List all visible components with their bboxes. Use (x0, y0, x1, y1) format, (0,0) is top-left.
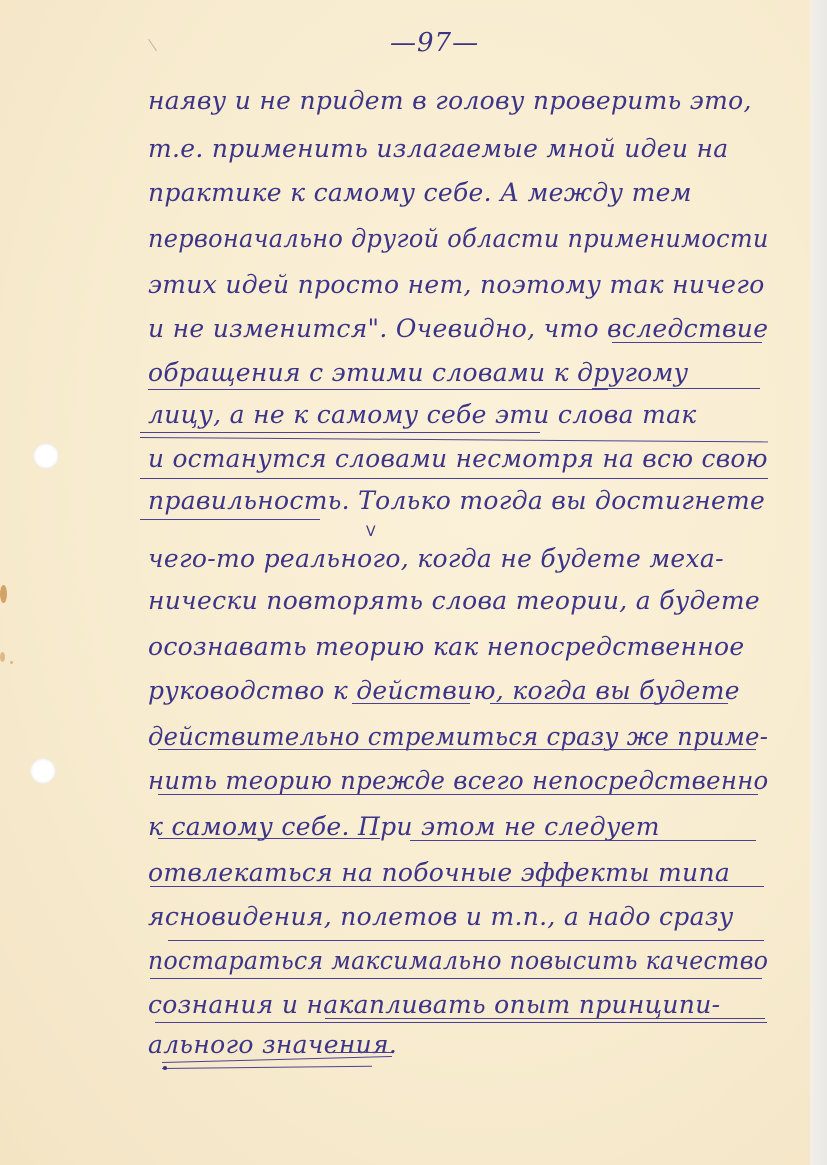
underline (158, 838, 380, 839)
paper-stain (0, 652, 5, 662)
underline (325, 1018, 765, 1019)
underline (155, 1022, 767, 1023)
paper-stain (0, 585, 7, 603)
text-line-12: нически повторять слова теории, а будете (148, 586, 760, 615)
stray-pencil-mark (148, 39, 157, 51)
underline (158, 749, 756, 750)
text-line-8: лицу, а не к самому себе эти слова так (148, 400, 697, 429)
text-line-22: ального значения. (148, 1030, 397, 1059)
text-line-19: ясновидения, полетов и т.п., а надо сраз… (148, 902, 734, 931)
underline (140, 519, 320, 520)
text-line-14: руководство к действию, когда вы будете (148, 676, 740, 705)
manuscript-page: —97— наяву и не придет в голову проверит… (0, 0, 810, 1165)
insertion-caret-mark: V (366, 524, 376, 540)
underline (140, 478, 768, 479)
paper-stain (10, 661, 13, 664)
text-line-5: этих идей просто нет, поэтому так ничего (148, 270, 765, 299)
scanner-background-edge (810, 0, 827, 1165)
underline (148, 389, 608, 390)
underline (140, 432, 540, 433)
text-line-2: т.е. применить излагаемые мной идеи на (148, 134, 728, 163)
text-line-3: практике к самому себе. А между тем (148, 178, 692, 207)
underline (168, 940, 764, 941)
underline (490, 703, 728, 704)
underline-start-dot (163, 1066, 167, 1070)
underline (150, 978, 762, 979)
text-line-6: и не изменится". Очевидно, что вследстви… (148, 314, 768, 343)
text-line-13: осознавать теорию как непосредственное (148, 632, 744, 661)
underline (162, 1066, 372, 1069)
underline (330, 1052, 392, 1053)
underline (150, 886, 764, 887)
text-line-15: действительно стремиться сразу же приме- (148, 722, 768, 751)
text-line-4: первоначально другой области применимост… (148, 224, 769, 253)
text-line-16: нить теорию прежде всего непосредственно (148, 766, 769, 795)
underline (158, 794, 758, 795)
text-line-20: постараться максимально повысить качеств… (148, 946, 768, 975)
underline (140, 437, 768, 442)
text-line-18: отвлекаться на побочные эффекты типа (148, 858, 730, 887)
underline (592, 388, 760, 389)
punch-hole-bottom (30, 758, 56, 784)
text-line-7: обращения с этими словами к другому (148, 358, 688, 387)
text-line-11: чего-то реального, когда не будете меха- (148, 544, 724, 573)
underline (352, 703, 470, 704)
page-number: —97— (390, 28, 479, 58)
text-line-10: правильность. Только тогда вы достигнете (148, 486, 765, 515)
text-line-1: наяву и не придет в голову проверить это… (148, 86, 752, 115)
punch-hole-top (33, 443, 59, 469)
text-line-21: сознания и накапливать опыт принципи- (148, 990, 720, 1019)
underline (612, 342, 762, 343)
text-line-17: к самому себе. При этом не следует (148, 812, 660, 841)
text-line-9: и останутся словами несмотря на всю свою (148, 444, 768, 473)
underline (410, 840, 756, 841)
